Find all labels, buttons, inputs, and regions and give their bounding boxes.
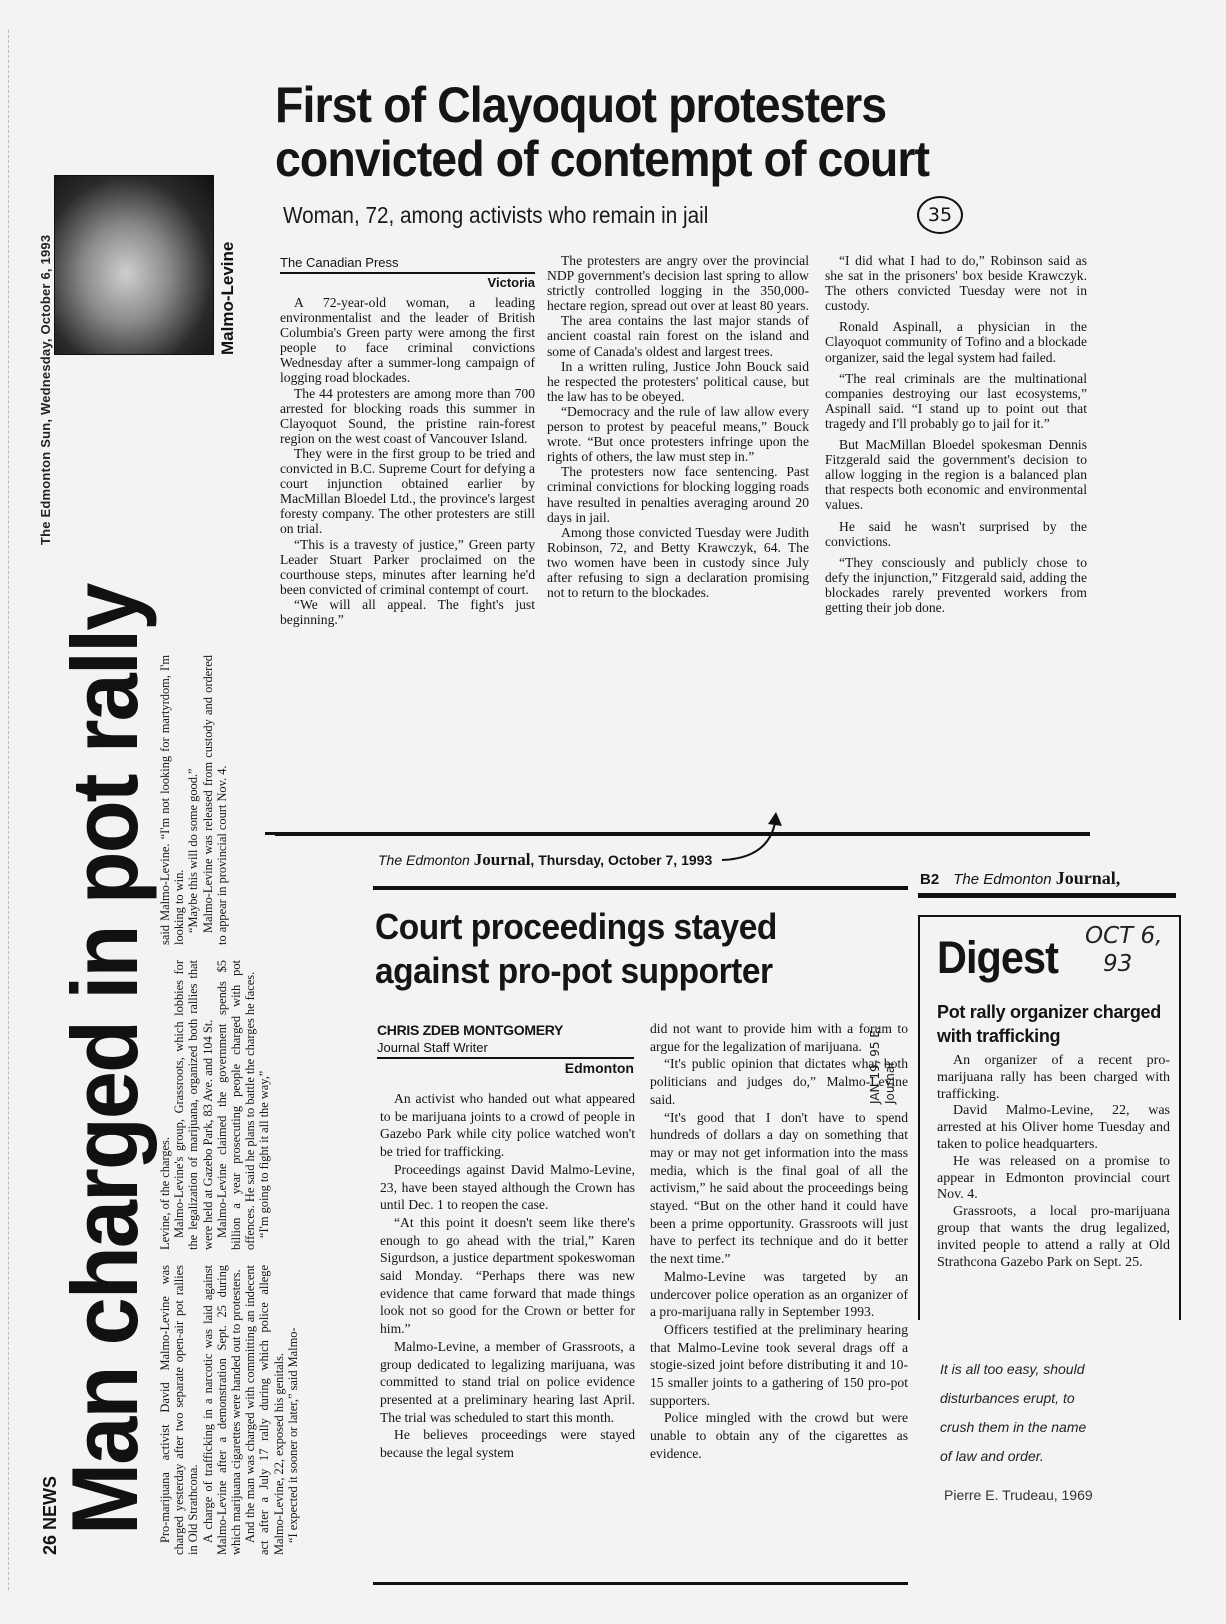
paragraph: “This is a travesty of justice,” Green p… xyxy=(280,537,535,597)
paragraph: “I did what I had to do,” Robinson said … xyxy=(825,253,1087,313)
court-col-1: An activist who handed out what appeared… xyxy=(380,1090,635,1462)
paragraph: The protesters are angry over the provin… xyxy=(547,253,809,313)
digest-subhead: Pot rally organizer charged with traffic… xyxy=(937,1000,1177,1048)
paragraph: “At this point it doesn't seem like ther… xyxy=(380,1214,635,1338)
paragraph: And the man was charged with committing … xyxy=(243,1265,286,1555)
court-dateline-place: Edmonton xyxy=(377,1060,634,1076)
paragraph: “The real criminals are the multinationa… xyxy=(825,371,1087,431)
photo-caption: Malmo-Levine xyxy=(218,242,238,355)
paragraph: An organizer of a recent pro-marijuana r… xyxy=(937,1053,1170,1103)
court-byline: CHRIS ZDEB MONTGOMERY xyxy=(377,1022,563,1038)
handwritten-arrow-icon xyxy=(712,808,792,868)
paragraph: Police mingled with the crowd but were u… xyxy=(650,1409,908,1462)
divider-rule xyxy=(373,886,908,890)
paragraph: Pro-marijuana activist David Malmo-Levin… xyxy=(158,1265,201,1555)
left-article-col-1: Pro-marijuana activist David Malmo-Levin… xyxy=(158,1265,300,1555)
portrait-photo xyxy=(54,175,214,355)
headline-line-2: convicted of contempt of court xyxy=(275,132,929,186)
paragraph: Malmo-Levine claimed the government spen… xyxy=(215,960,258,1250)
clayoquot-col-3: “I did what I had to do,” Robinson said … xyxy=(825,253,1087,621)
handwritten-date-note: JAN 19, 95 E. Journal xyxy=(862,900,922,1010)
paragraph: Malmo-Levine was targeted by an undercov… xyxy=(650,1268,908,1321)
paragraph: The 44 protesters are among more than 70… xyxy=(280,386,535,446)
circled-page-number: 35 xyxy=(917,196,963,234)
quote-line: It is all too easy, should xyxy=(940,1355,1180,1384)
paragraph: Officers testified at the preliminary he… xyxy=(650,1321,908,1410)
paragraph: Among those convicted Tuesday were Judit… xyxy=(547,525,809,600)
clayoquot-subhead: Woman, 72, among activists who remain in… xyxy=(283,202,708,229)
paragraph: Malmo-Levine's group, Grassroots, which … xyxy=(172,960,215,1250)
divider-rule xyxy=(918,893,1176,898)
dateline-place: Victoria xyxy=(280,275,535,290)
left-article-col-3: said Malmo-Levine. “I'm not looking for … xyxy=(158,655,229,945)
paragraph: The protesters now face sentencing. Past… xyxy=(547,464,809,524)
handwritten-date: OCT 6, 93 xyxy=(1085,922,1162,978)
headline-line-2: against pro-pot supporter xyxy=(375,949,777,993)
digest-title: Digest xyxy=(937,932,1058,984)
digest-body: An organizer of a recent pro-marijuana r… xyxy=(937,1053,1170,1271)
paragraph: He said he wasn't surprised by the convi… xyxy=(825,519,1087,549)
paragraph: A 72-year-old woman, a leading environme… xyxy=(280,295,535,386)
paragraph: David Malmo-Levine, 22, was arrested at … xyxy=(937,1103,1170,1153)
masthead-name: Journal, xyxy=(1056,868,1121,888)
left-article-rotated: 26 NEWS The Edmonton Sun, Wednesday, Oct… xyxy=(30,95,270,1555)
court-byline-role: Journal Staff Writer xyxy=(377,1040,634,1059)
masthead-prefix: The Edmonton xyxy=(378,852,474,868)
paragraph: Proceedings against David Malmo-Levine, … xyxy=(380,1161,635,1214)
handwritten-date-line-2: 93 xyxy=(1085,950,1162,978)
paragraph: In a written ruling, Justice John Bouck … xyxy=(547,359,809,404)
journal-masthead-date: The Edmonton Journal, Thursday, October … xyxy=(378,850,712,870)
headline-line-1: Court proceedings stayed xyxy=(375,905,777,949)
newspaper-clipping-page: 26 NEWS The Edmonton Sun, Wednesday, Oct… xyxy=(0,0,1226,1624)
paragraph: Ronald Aspinall, a physician in the Clay… xyxy=(825,319,1087,364)
paragraph: An activist who handed out what appeared… xyxy=(380,1090,635,1161)
sun-dateline: The Edmonton Sun, Wednesday, October 6, … xyxy=(38,235,53,545)
paragraph: Malmo-Levine was released from custody a… xyxy=(201,655,229,945)
paragraph: Malmo-Levine, a member of Grassroots, a … xyxy=(380,1338,635,1427)
clayoquot-col-2: The protesters are angry over the provin… xyxy=(547,253,809,600)
quote-line: disturbances erupt, to xyxy=(940,1384,1180,1413)
digest-page-header: B2The Edmonton Journal, xyxy=(920,868,1120,889)
left-headline: Man charged in pot rally xyxy=(58,584,152,1535)
paragraph: The area contains the last major stands … xyxy=(547,313,809,358)
paragraph: But MacMillan Bloedel spokesman Dennis F… xyxy=(825,437,1087,512)
wire-byline: The Canadian Press xyxy=(280,255,535,274)
clayoquot-col-1: A 72-year-old woman, a leading environme… xyxy=(280,295,535,627)
divider-rule xyxy=(373,1582,908,1585)
masthead-prefix: The Edmonton xyxy=(953,871,1056,888)
left-article-col-2: Levine, of the charges. Malmo-Levine's g… xyxy=(158,960,272,1250)
masthead-name: Journal xyxy=(474,850,531,869)
clayoquot-headline: First of Clayoquot protesters convicted … xyxy=(275,78,929,186)
paragraph: They were in the first group to be tried… xyxy=(280,446,535,537)
divider-rule xyxy=(275,832,1090,836)
court-headline: Court proceedings stayed against pro-pot… xyxy=(375,905,777,993)
quote-line: of law and order. xyxy=(940,1442,1180,1471)
handwritten-date-line-1: OCT 6, xyxy=(1085,922,1162,950)
paragraph: He was released on a promise to appear i… xyxy=(937,1154,1170,1204)
paragraph: “We will all appeal. The fight's just be… xyxy=(280,597,535,627)
quote-line: crush them in the name xyxy=(940,1413,1180,1442)
paragraph: A charge of trafficking in a narcotic wa… xyxy=(201,1265,244,1555)
paragraph: Grassroots, a local pro-marijuana group … xyxy=(937,1204,1170,1271)
trudeau-quote: It is all too easy, should disturbances … xyxy=(940,1355,1180,1471)
paragraph: He believes proceedings were stayed beca… xyxy=(380,1426,635,1461)
paragraph: Levine, of the charges. xyxy=(158,960,172,1250)
quote-attribution: Pierre E. Trudeau, 1969 xyxy=(944,1487,1093,1503)
paragraph: said Malmo-Levine. “I'm not looking for … xyxy=(158,655,186,945)
masthead-date: , Thursday, October 7, 1993 xyxy=(530,852,712,868)
paragraph: “Democracy and the rule of law allow eve… xyxy=(547,404,809,464)
headline-line-1: First of Clayoquot protesters xyxy=(275,78,929,132)
paragraph: “I'm going to fight it all the way,” xyxy=(257,960,271,1250)
paragraph: “Maybe this will do some good.” xyxy=(186,655,200,945)
paragraph: “They consciously and publicly chose to … xyxy=(825,555,1087,615)
paragraph: did not want to provide him with a forum… xyxy=(650,1020,908,1055)
paragraph: “It's public opinion that dictates what … xyxy=(650,1055,908,1108)
scan-edge-line xyxy=(8,30,10,1590)
paragraph: “It's good that I don't have to spend hu… xyxy=(650,1109,908,1268)
court-col-2: did not want to provide him with a forum… xyxy=(650,1020,908,1463)
paragraph: “I expected it sooner or later,” said Ma… xyxy=(286,1265,300,1555)
page-label: B2 xyxy=(920,871,939,888)
